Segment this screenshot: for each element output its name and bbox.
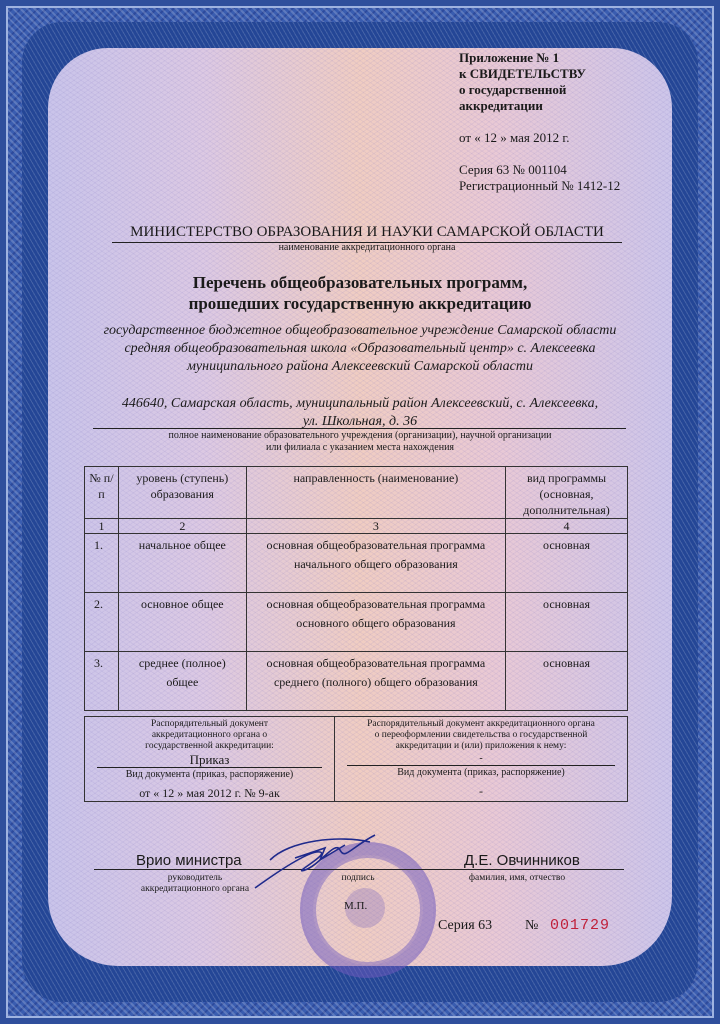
row-type: основная [506, 652, 628, 711]
reissue-order-heading: Распорядительный документ аккредитационн… [335, 719, 627, 730]
organization-name-line-3: муниципального района Алексеевский Самар… [70, 358, 650, 376]
stamp-place-label: М.П. [344, 900, 367, 912]
row-program: основная общеобразовательная программа о… [246, 593, 505, 652]
reissue-order: Распорядительный документ аккредитационн… [335, 717, 627, 801]
organization-name-line-2: средняя общеобразовательная школа «Образ… [70, 340, 650, 358]
certificate-page: Приложение № 1 к СВИДЕТЕЛЬСТВУ о государ… [0, 0, 720, 1024]
column-number: 1 [85, 519, 119, 534]
table-row: 2. основное общее основная общеобразоват… [85, 593, 628, 652]
document-title: Перечень общеобразовательных программ, п… [80, 272, 640, 314]
accreditation-order-caption: Вид документа (приказ, распоряжение) [85, 768, 334, 781]
organization-caption-line-2: или филиала с указанием места нахождения [100, 442, 620, 454]
row-number: 3. [85, 652, 119, 711]
column-header-program: направленность (наименование) [246, 467, 505, 519]
row-type: основная [506, 534, 628, 593]
administrative-documents: Распорядительный документ аккредитационн… [84, 716, 628, 802]
reissue-order-heading: о переоформлении свидетельства о государ… [335, 730, 627, 741]
signature-caption: подпись [328, 873, 388, 884]
form-number: 001729 [550, 917, 610, 934]
signer-position-caption: руководитель аккредитационного органа [110, 873, 280, 895]
row-type: основная [506, 593, 628, 652]
appendix-registration: Регистрационный № 1412-12 [459, 178, 620, 194]
row-level: начальное общее [118, 534, 246, 593]
appendix-certificate-type-1: о государственной [459, 82, 620, 98]
caption-line: руководитель [110, 873, 280, 884]
document-title-line-2: прошедших государственную аккредитацию [80, 293, 640, 314]
signer-name-caption: фамилия, имя, отчество [452, 873, 582, 884]
organization-name: государственное бюджетное общеобразовате… [70, 322, 650, 376]
row-number: 1. [85, 534, 119, 593]
accreditation-order: Распорядительный документ аккредитационн… [85, 717, 335, 801]
row-program: основная общеобразовательная программа н… [246, 534, 505, 593]
appendix-to-certificate: к СВИДЕТЕЛЬСТВУ [459, 66, 620, 82]
row-level: основное общее [118, 593, 246, 652]
organization-name-line-1: государственное бюджетное общеобразовате… [70, 322, 650, 340]
row-program: основная общеобразовательная программа с… [246, 652, 505, 711]
row-level: среднее (полное) общее [118, 652, 246, 711]
appendix-date: от « 12 » мая 2012 г. [459, 130, 620, 146]
accreditation-order-heading: аккредитационного органа о [85, 730, 334, 741]
column-number: 3 [246, 519, 505, 534]
reissue-order-type: - [335, 752, 627, 765]
appendix-certificate-type-2: аккредитации [459, 98, 620, 114]
form-series: Серия 63 [438, 918, 492, 934]
column-header-type: вид программы (основная, дополнительная) [506, 467, 628, 519]
programs-table: № п/п уровень (ступень) образования напр… [84, 466, 628, 711]
signer-position: Врио министра [136, 852, 242, 869]
authority-caption: наименование аккредитационного органа [112, 242, 622, 253]
accreditation-order-date: от « 12 » мая 2012 г. № 9-ак [85, 786, 334, 800]
row-number: 2. [85, 593, 119, 652]
organization-address: 446640, Самарская область, муниципальный… [90, 395, 630, 431]
reissue-order-caption: Вид документа (приказ, распоряжение) [335, 766, 627, 779]
caption-line: аккредитационного органа [110, 884, 280, 895]
divider [93, 428, 626, 429]
reissue-order-heading: аккредитации и (или) приложения к нему: [335, 741, 627, 752]
signer-name: Д.Е. Овчинников [464, 852, 580, 869]
authority-name: МИНИСТЕРСТВО ОБРАЗОВАНИЯ И НАУКИ САМАРСК… [112, 224, 622, 243]
accreditation-order-heading: государственной аккредитации: [85, 741, 334, 752]
appendix-number: Приложение № 1 [459, 50, 620, 66]
appendix-header: Приложение № 1 к СВИДЕТЕЛЬСТВУ о государ… [459, 50, 620, 194]
document-title-line-1: Перечень общеобразовательных программ, [80, 272, 640, 293]
table-row: 1. начальное общее основная общеобразова… [85, 534, 628, 593]
column-header-number: № п/п [85, 467, 119, 519]
organization-caption: полное наименование образовательного учр… [100, 430, 620, 454]
form-number-label: № [525, 918, 538, 934]
accreditation-order-type: Приказ [85, 752, 334, 767]
organization-caption-line-1: полное наименование образовательного учр… [100, 430, 620, 442]
reissue-order-date: - [335, 784, 627, 798]
accreditation-order-heading: Распорядительный документ [85, 719, 334, 730]
table-row: 3. среднее (полное) общее основная общео… [85, 652, 628, 711]
column-number: 4 [506, 519, 628, 534]
column-number: 2 [118, 519, 246, 534]
column-header-level: уровень (ступень) образования [118, 467, 246, 519]
appendix-series: Серия 63 № 001104 [459, 162, 620, 178]
organization-address-line-1: 446640, Самарская область, муниципальный… [90, 395, 630, 413]
